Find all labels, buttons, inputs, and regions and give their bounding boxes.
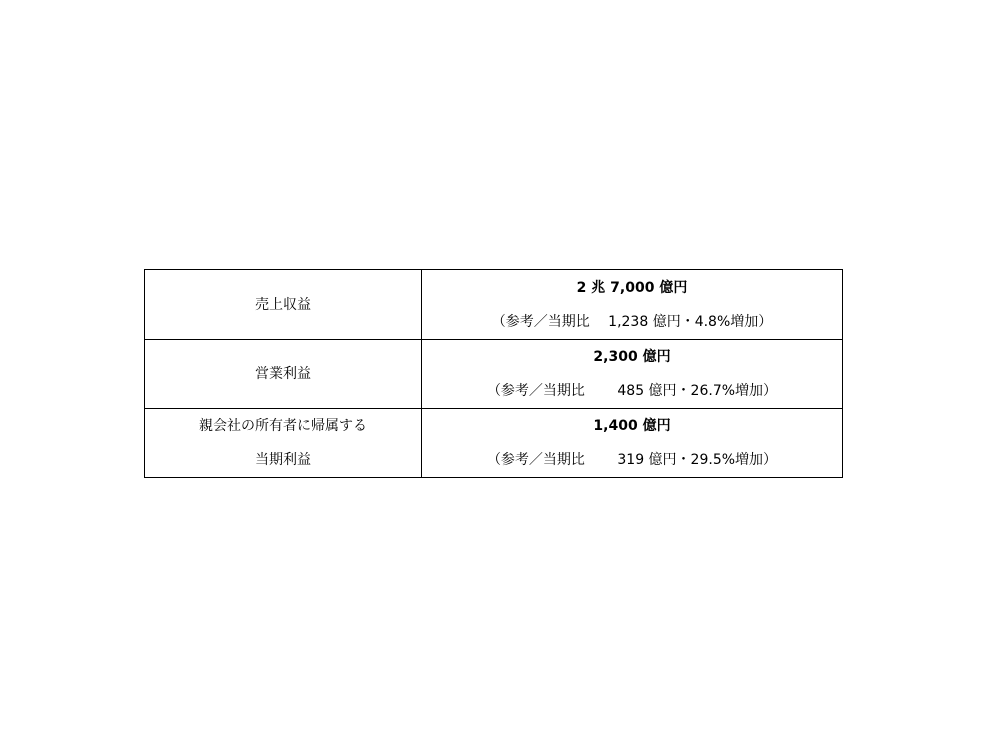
row-label-operating-profit: 営業利益 — [145, 340, 422, 409]
row-label-revenue: 売上収益 — [145, 270, 422, 340]
row-value-revenue: 2 兆 7,000 億円 （参考／当期比 1,238 億円・4.8%増加） — [422, 270, 843, 340]
value-note: （参考／当期比 319 億円・29.5%増加） — [422, 443, 842, 477]
label-text: 売上収益 — [145, 288, 421, 322]
row-value-operating-profit: 2,300 億円 （参考／当期比 485 億円・26.7%増加） — [422, 340, 843, 409]
value-note: （参考／当期比 485 億円・26.7%増加） — [422, 374, 842, 408]
row-value-net-profit: 1,400 億円 （参考／当期比 319 億円・29.5%増加） — [422, 409, 843, 478]
value-note: （参考／当期比 1,238 億円・4.8%増加） — [422, 305, 842, 339]
value-amount: 2 兆 7,000 億円 — [422, 271, 842, 305]
table-row-operating-profit: 営業利益 2,300 億円 （参考／当期比 485 億円・26.7%増加） — [145, 340, 843, 409]
row-label-net-profit: 親会社の所有者に帰属する 当期利益 — [145, 409, 422, 478]
label-text: 営業利益 — [145, 357, 421, 391]
label-text: 親会社の所有者に帰属する — [145, 409, 421, 443]
label-text: 当期利益 — [145, 443, 421, 477]
table-row-revenue: 売上収益 2 兆 7,000 億円 （参考／当期比 1,238 億円・4.8%増… — [145, 270, 843, 340]
value-amount: 2,300 億円 — [422, 340, 842, 374]
value-amount: 1,400 億円 — [422, 409, 842, 443]
table-row-net-profit: 親会社の所有者に帰属する 当期利益 1,400 億円 （参考／当期比 319 億… — [145, 409, 843, 478]
financial-results-table: 売上収益 2 兆 7,000 億円 （参考／当期比 1,238 億円・4.8%増… — [144, 269, 843, 478]
